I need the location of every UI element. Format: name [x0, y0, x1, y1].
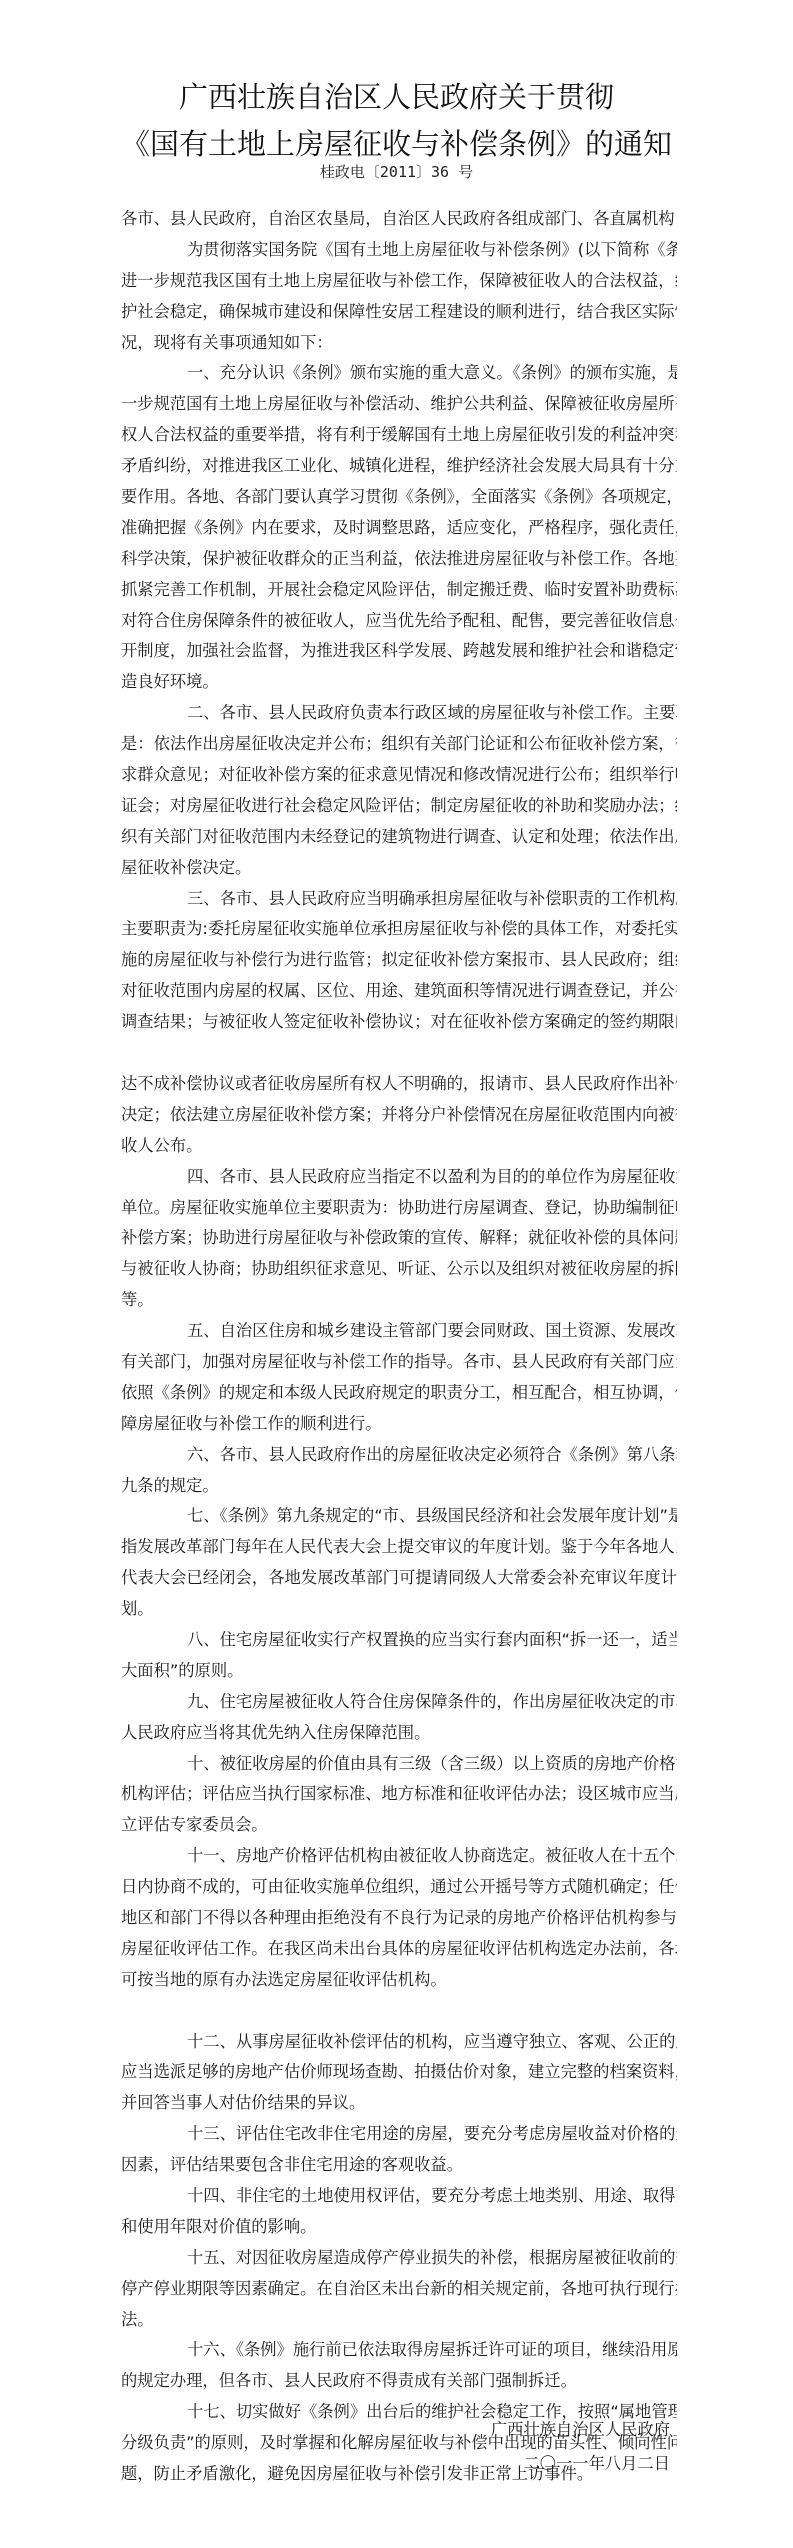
paragraph: 七、《条例》第九条规定的“市、县级国民经济和社会发展年度计划”是指发展改革部门每…: [121, 1501, 677, 1625]
paragraph: 十一、房地产价格评估机构由被征收人协商选定。被征收人在十五个工作日内协商不成的，…: [121, 1841, 677, 2026]
paragraph-line: 达不成补偿协议或者征收房屋所有权人不明确的，报请市、县人民政府作出补偿: [121, 1069, 677, 1100]
paragraph: 十四、非住宅的土地使用权评估，要充分考虑土地类别、用途、取得方式和使用年限对价值…: [121, 2181, 677, 2243]
paragraph: 九、住宅房屋被征收人符合住房保障条件的，作出房屋征收决定的市、县人民政府应当将其…: [121, 1687, 677, 1749]
paragraph-line: 九条的规定。: [121, 1471, 677, 1502]
paragraph-line: 十二、从事房屋征收补偿评估的机构，应当遵守独立、客观、公正的原则，: [121, 2027, 677, 2058]
paragraph-line: 护社会稳定，确保城市建设和保障性安居工程建设的顺利进行，结合我区实际情: [121, 297, 677, 328]
paragraph-line: 况，现将有关事项通知如下：: [121, 328, 677, 359]
paragraph: 各市、县人民政府，自治区农垦局，自治区人民政府各组成部门、各直属机构：: [121, 204, 677, 235]
paragraph-line: 五、自治区住房和城乡建设主管部门要会同财政、国土资源、发展改革等: [121, 1316, 677, 1347]
paragraph-line: 造良好环境。: [121, 667, 677, 698]
paragraph-line: 抓紧完善工作机制，开展社会稳定风险评估，制定搬迁费、临时安置补助费标准，: [121, 575, 677, 606]
paragraph-line: 三、各市、县人民政府应当明确承担房屋征收与补偿职责的工作机构。其: [121, 884, 677, 915]
paragraph-line: 六、各市、县人民政府作出的房屋征收决定必须符合《条例》第八条和第: [121, 1440, 677, 1471]
paragraph: 十六、《条例》施行前已依法取得房屋拆迁许可证的项目，继续沿用原有的规定办理，但各…: [121, 2335, 677, 2397]
paragraph-line: 单位。房屋征收实施单位主要职责为：协助进行房屋调查、登记，协助编制征收: [121, 1193, 677, 1224]
paragraph-line: 十三、评估住宅改非住宅用途的房屋，要充分考虑房屋收益对价格的影响: [121, 2119, 677, 2150]
paragraph-line: 划。: [121, 1594, 677, 1625]
document-title-line1: 广西壮族自治区人民政府关于贯彻: [0, 77, 793, 117]
paragraph: 一、充分认识《条例》颁布实施的重大意义。《条例》的颁布实施，是进一步规范国有土地…: [121, 358, 677, 698]
paragraph-line: 七、《条例》第九条规定的“市、县级国民经济和社会发展年度计划”是: [121, 1501, 677, 1532]
paragraph-line: 求群众意见；对征收补偿方案的征求意见情况和修改情况进行公布；组织举行听: [121, 760, 677, 791]
paragraph-line: 法。: [121, 2305, 677, 2336]
paragraph-line: 十一、房地产价格评估机构由被征收人协商选定。被征收人在十五个工作: [121, 1841, 677, 1872]
document-body: 各市、县人民政府，自治区农垦局，自治区人民政府各组成部门、各直属机构：为贯彻落实…: [121, 204, 677, 2490]
paragraph-line: 要作用。各地、各部门要认真学习贯彻《条例》，全面落实《条例》各项规定，: [121, 482, 677, 513]
paragraph-line: 科学决策，保护被征收群众的正当利益，依法推进房屋征收与补偿工作。各地要: [121, 544, 677, 575]
document-number: 桂政电〔2011〕36 号: [0, 160, 793, 184]
paragraph-line: 十、被征收房屋的价值由具有三级（含三级）以上资质的房地产价格评估: [121, 1749, 677, 1780]
paragraph-line: 施的房屋征收与补偿行为进行监管；拟定征收补偿方案报市、县人民政府；组织: [121, 945, 677, 976]
paragraph-line: 人民政府应当将其优先纳入住房保障范围。: [121, 1718, 677, 1749]
signature-date: 二〇一一年八月二日: [0, 2452, 670, 2476]
paragraph: 六、各市、县人民政府作出的房屋征收决定必须符合《条例》第八条和第九条的规定。: [121, 1440, 677, 1502]
paragraph-line: 机构评估；评估应当执行国家标准、地方标准和征收评估办法；设区城市应当成: [121, 1779, 677, 1810]
paragraph-line: 开制度，加强社会监督，为推进我区科学发展、跨越发展和维护社会和谐稳定营: [121, 636, 677, 667]
paragraph-line: 代表大会已经闭会，各地发展改革部门可提请同级人大常委会补充审议年度计: [121, 1563, 677, 1594]
paragraph-line: 准确把握《条例》内在要求，及时调整思路，适应变化，严格程序，强化责任，: [121, 513, 677, 544]
paragraph-line: 应当选派足够的房地产估价师现场查勘、拍摄估价对象，建立完整的档案资料，: [121, 2057, 677, 2088]
paragraph-line: 主要职责为:委托房屋征收实施单位承担房屋征收与补偿的具体工作，对委托实: [121, 914, 677, 945]
paragraph-line: 证会；对房屋征收进行社会稳定风险评估；制定房屋征收的补助和奖励办法；组: [121, 791, 677, 822]
paragraph-line: 和使用年限对价值的影响。: [121, 2212, 677, 2243]
document-title-line2: 《国有土地上房屋征收与补偿条例》的通知: [0, 124, 793, 164]
paragraph-line: 地区和部门不得以各种理由拒绝没有不良行为记录的房地产价格评估机构参与: [121, 1903, 677, 1934]
paragraph-line: 日内协商不成的，可由征收实施单位组织，通过公开摇号等方式随机确定；任何: [121, 1872, 677, 1903]
paragraph-line: 立评估专家委员会。: [121, 1810, 677, 1841]
paragraph-line: 因素，评估结果要包含非住宅用途的客观收益。: [121, 2150, 677, 2181]
paragraph: 十二、从事房屋征收补偿评估的机构，应当遵守独立、客观、公正的原则，应当选派足够的…: [121, 2027, 677, 2120]
paragraph-line: 与被征收人协商；协助组织征求意见、听证、公示以及组织对被征收房屋的拆除: [121, 1254, 677, 1285]
paragraph-line: 织有关部门对征收范围内未经登记的建筑物进行调查、认定和处理；依法作出房: [121, 822, 677, 853]
paragraph-line: 对征收范围内房屋的权属、区位、用途、建筑面积等情况进行调查登记，并公布: [121, 976, 677, 1007]
paragraph-line: 一、充分认识《条例》颁布实施的重大意义。《条例》的颁布实施，是进: [121, 358, 677, 389]
paragraph-line: 等。: [121, 1285, 677, 1316]
paragraph: 五、自治区住房和城乡建设主管部门要会同财政、国土资源、发展改革等有关部门，加强对…: [121, 1316, 677, 1440]
paragraph-line: 为贯彻落实国务院《国有土地上房屋征收与补偿条例》(以下简称《条例》)，: [121, 235, 677, 266]
paragraph: 八、住宅房屋征收实行产权置换的应当实行套内面积“拆一还一，适当扩大面积”的原则。: [121, 1625, 677, 1687]
paragraph-line: 决定；依法建立房屋征收补偿方案；并将分户补偿情况在房屋征收范围内向被征: [121, 1100, 677, 1131]
signature-organization: 广西壮族自治区人民政府: [0, 2418, 670, 2442]
paragraph-line: 补偿方案；协助进行房屋征收与补偿政策的宣传、解释；就征收补偿的具体问题: [121, 1223, 677, 1254]
paragraph-line: 指发展改革部门每年在人民代表大会上提交审议的年度计划。鉴于今年各地人民: [121, 1532, 677, 1563]
paragraph-line: 障房屋征收与补偿工作的顺利进行。: [121, 1409, 677, 1440]
paragraph-line: 是：依法作出房屋征收决定并公布；组织有关部门论证和公布征收补偿方案，征: [121, 729, 677, 760]
paragraph: 二、各市、县人民政府负责本行政区域的房屋征收与补偿工作。主要职责是：依法作出房屋…: [121, 698, 677, 883]
paragraph: 三、各市、县人民政府应当明确承担房屋征收与补偿职责的工作机构。其主要职责为:委托…: [121, 884, 677, 1162]
paragraph-line: 二、各市、县人民政府负责本行政区域的房屋征收与补偿工作。主要职责: [121, 698, 677, 729]
paragraph: 四、各市、县人民政府应当指定不以盈利为目的的单位作为房屋征收实施单位。房屋征收实…: [121, 1162, 677, 1316]
paragraph-line: 依照《条例》的规定和本级人民政府规定的职责分工，相互配合，相互协调，保: [121, 1378, 677, 1409]
paragraph-line: 房屋征收评估工作。在我区尚未出台具体的房屋征收评估机构选定办法前，各地: [121, 1934, 677, 1965]
paragraph-line: 九、住宅房屋被征收人符合住房保障条件的，作出房屋征收决定的市、县: [121, 1687, 677, 1718]
paragraph: 十三、评估住宅改非住宅用途的房屋，要充分考虑房屋收益对价格的影响因素，评估结果要…: [121, 2119, 677, 2181]
paragraph-line: 十五、对因征收房屋造成停产停业损失的补偿，根据房屋被征收前的效益、: [121, 2243, 677, 2274]
paragraph-line: 八、住宅房屋征收实行产权置换的应当实行套内面积“拆一还一，适当扩: [121, 1625, 677, 1656]
paragraph-line: 大面积”的原则。: [121, 1656, 677, 1687]
paragraph: 十五、对因征收房屋造成停产停业损失的补偿，根据房屋被征收前的效益、停产停业期限等…: [121, 2243, 677, 2336]
paragraph-line: 的规定办理，但各市、县人民政府不得责成有关部门强制拆迁。: [121, 2366, 677, 2397]
paragraph-line: 各市、县人民政府，自治区农垦局，自治区人民政府各组成部门、各直属机构：: [121, 204, 677, 235]
paragraph: 十、被征收房屋的价值由具有三级（含三级）以上资质的房地产价格评估机构评估；评估应…: [121, 1749, 677, 1842]
paragraph-line: [121, 1038, 677, 1069]
paragraph-line: 一步规范国有土地上房屋征收与补偿活动、维护公共利益、保障被征收房屋所有: [121, 389, 677, 420]
paragraph-line: 权人合法权益的重要举措，将有利于缓解国有土地上房屋征收引发的利益冲突和: [121, 420, 677, 451]
paragraph-line: 四、各市、县人民政府应当指定不以盈利为目的的单位作为房屋征收实施: [121, 1162, 677, 1193]
paragraph: 十七、切实做好《条例》出台后的维护社会稳定工作，按照“属地管理、分级负责”的原则…: [121, 2397, 677, 2490]
paragraph-line: 可按当地的原有办法选定房屋征收评估机构。: [121, 1965, 677, 1996]
paragraph-line: 调查结果；与被征收人签定征收补偿协议；对在征收补偿方案确定的签约期限内: [121, 1007, 677, 1038]
paragraph-line: 进一步规范我区国有土地上房屋征收与补偿工作，保障被征收人的合法权益，维: [121, 266, 677, 297]
paragraph-line: 屋征收补偿决定。: [121, 853, 677, 884]
paragraph: 为贯彻落实国务院《国有土地上房屋征收与补偿条例》(以下简称《条例》)，进一步规范…: [121, 235, 677, 359]
paragraph-line: 十六、《条例》施行前已依法取得房屋拆迁许可证的项目，继续沿用原有: [121, 2335, 677, 2366]
paragraph-line: 十四、非住宅的土地使用权评估，要充分考虑土地类别、用途、取得方式: [121, 2181, 677, 2212]
paragraph-line: 对符合住房保障条件的被征收人，应当优先给予配租、配售，要完善征收信息公: [121, 606, 677, 637]
paragraph-line: [121, 1996, 677, 2027]
paragraph-line: 矛盾纠纷，对推进我区工业化、城镇化进程，维护经济社会发展大局具有十分重: [121, 451, 677, 482]
paragraph-line: 并回答当事人对估价结果的异议。: [121, 2088, 677, 2119]
paragraph-line: 停产停业期限等因素确定。在自治区未出台新的相关规定前，各地可执行现行办: [121, 2274, 677, 2305]
paragraph-line: 收人公布。: [121, 1131, 677, 1162]
paragraph-line: 有关部门，加强对房屋征收与补偿工作的指导。各市、县人民政府有关部门应当: [121, 1347, 677, 1378]
